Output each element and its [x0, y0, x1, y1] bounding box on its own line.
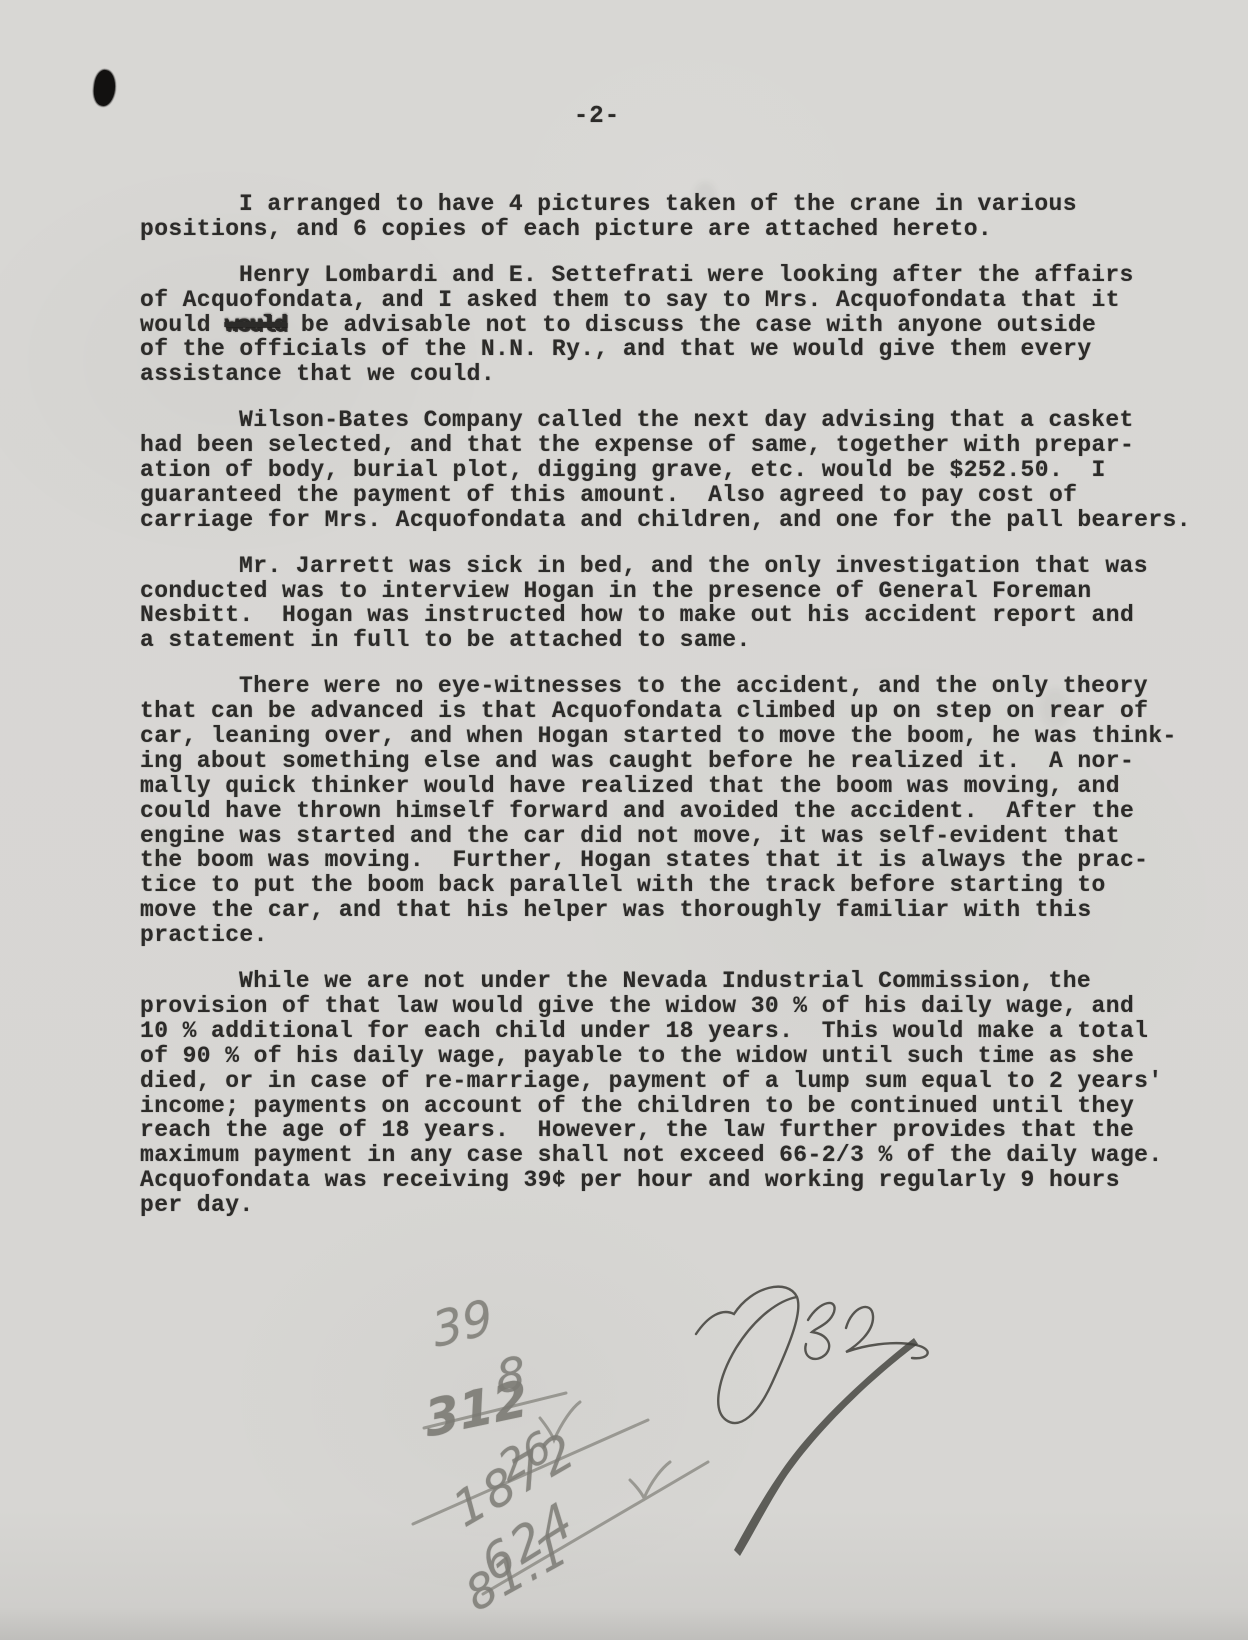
text-line: could have thrown himself forward and av… [140, 799, 1240, 824]
text-line: mally quick thinker would have realized … [140, 774, 1240, 799]
text-line: provision of that law would give the wid… [140, 994, 1240, 1019]
paragraph: There were no eye-witnesses to the accid… [140, 674, 1240, 948]
text-line: that can be advanced is that Acquofondat… [140, 699, 1240, 724]
text-line: positions, and 6 copies of each picture … [140, 217, 1240, 242]
text-line: Nesbitt. Hogan was instructed how to mak… [140, 603, 1240, 628]
text-line: of 90 % of his daily wage, payable to th… [140, 1044, 1240, 1069]
text-line: conducted was to interview Hogan in the … [140, 579, 1240, 604]
overstruck-word: would [225, 312, 287, 338]
text-line: had been selected, and that the expense … [140, 433, 1240, 458]
text-line: would would be advisable not to discuss … [140, 313, 1240, 338]
text-line: I arranged to have 4 pictures taken of t… [140, 192, 1240, 217]
body-text: I arranged to have 4 pictures taken of t… [140, 192, 1240, 1239]
text-line: There were no eye-witnesses to the accid… [140, 674, 1240, 699]
text-line: assistance that we could. [140, 362, 1240, 387]
text-line: ing about something else and was caught … [140, 749, 1240, 774]
text-line: the boom was moving. Further, Hogan stat… [140, 848, 1240, 873]
ink-blot [92, 69, 117, 107]
paragraph: While we are not under the Nevada Indust… [140, 969, 1240, 1218]
text-line: Mr. Jarrett was sick in bed, and the onl… [140, 554, 1240, 579]
text-line: Wilson-Bates Company called the next day… [140, 408, 1240, 433]
text-line: carriage for Mrs. Acquofondata and child… [140, 508, 1240, 533]
text-line: reach the age of 18 years. However, the … [140, 1118, 1240, 1143]
page-number: -2- [552, 103, 642, 130]
text-line: per day. [140, 1193, 1240, 1218]
text-line: While we are not under the Nevada Indust… [140, 969, 1240, 994]
paper-smudge [1040, 688, 1070, 728]
text-line: Henry Lombardi and E. Settefrati were lo… [140, 263, 1240, 288]
text-line: car, leaning over, and when Hogan starte… [140, 724, 1240, 749]
paper-smudge [694, 182, 716, 208]
text-line: tice to put the boom back parallel with … [140, 873, 1240, 898]
text-line: move the car, and that his helper was th… [140, 898, 1240, 923]
text-line: ation of body, burial plot, digging grav… [140, 458, 1240, 483]
text-line: guaranteed the payment of this amount. A… [140, 483, 1240, 508]
text-line: income; payments on account of the child… [140, 1094, 1240, 1119]
text-line: of the officials of the N.N. Ry., and th… [140, 337, 1240, 362]
text-line: died, or in case of re-marriage, payment… [140, 1069, 1240, 1094]
text-line: of Acquofondata, and I asked them to say… [140, 288, 1240, 313]
text-line: maximum payment in any case shall not ex… [140, 1143, 1240, 1168]
text-line: practice. [140, 923, 1240, 948]
paragraph: Henry Lombardi and E. Settefrati were lo… [140, 263, 1240, 387]
document-page: -2- I arranged to have 4 pictures taken … [0, 0, 1248, 1640]
text-line: 10 % additional for each child under 18 … [140, 1019, 1240, 1044]
text-line: a statement in full to be attached to sa… [140, 628, 1240, 653]
text-line: engine was started and the car did not m… [140, 824, 1240, 849]
paragraph: I arranged to have 4 pictures taken of t… [140, 192, 1240, 242]
text-line: Acquofondata was receiving 39¢ per hour … [140, 1168, 1240, 1193]
paragraph: Mr. Jarrett was sick in bed, and the onl… [140, 554, 1240, 654]
paper-smudge [148, 828, 174, 888]
paragraph: Wilson-Bates Company called the next day… [140, 408, 1240, 532]
